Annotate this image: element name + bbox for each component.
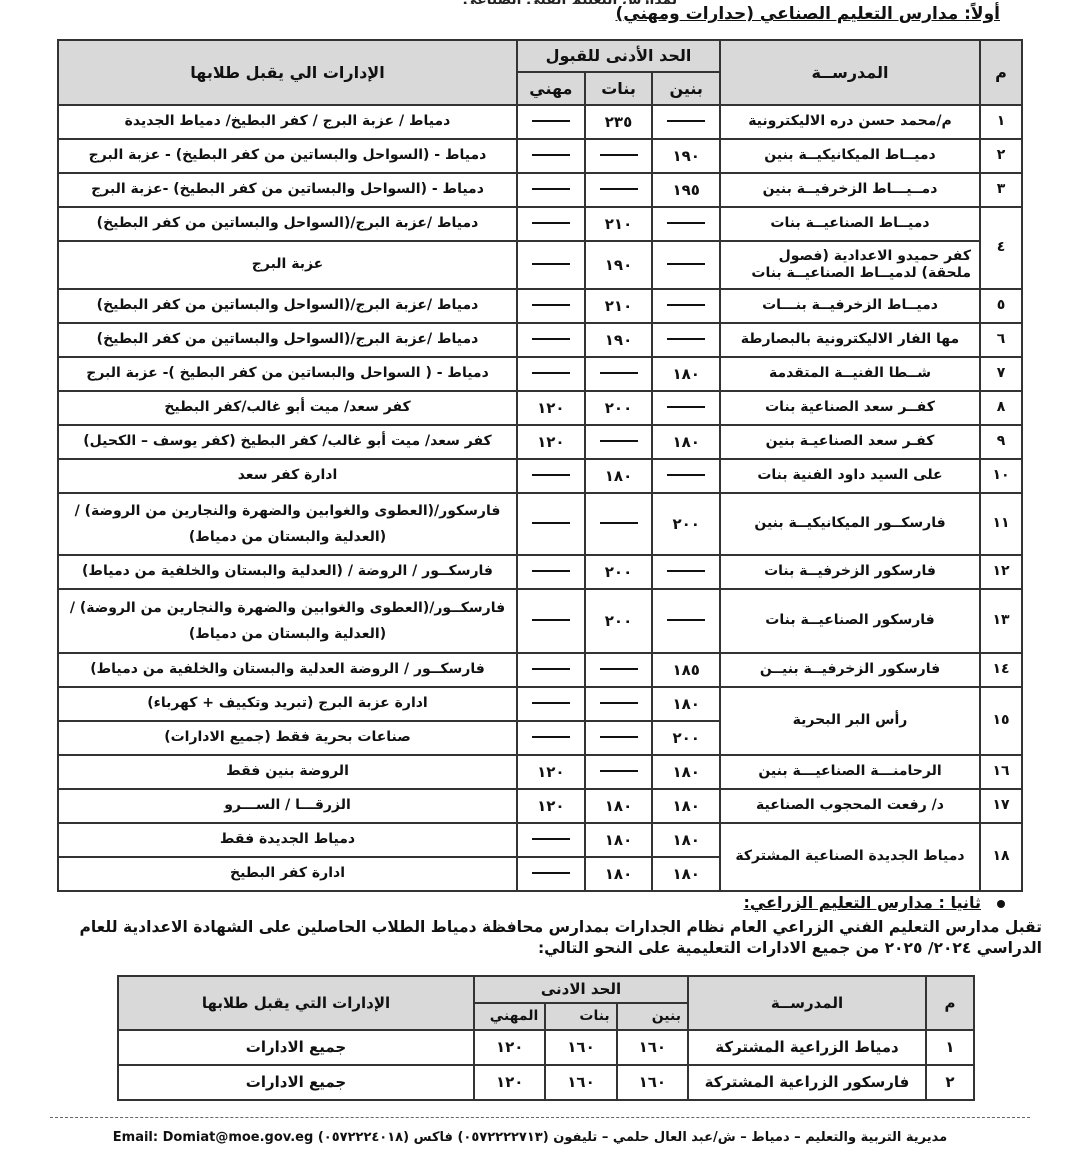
vocational-score xyxy=(517,653,585,687)
col-header-vocational: المهني xyxy=(474,1003,545,1030)
empty-dash xyxy=(532,522,570,524)
empty-dash xyxy=(532,304,570,306)
school-name: م/محمد حسن دره الاليكترونية xyxy=(720,105,980,139)
vocational-score xyxy=(517,555,585,589)
districts: فارسكــور / الروضة / (العدلية والبستان و… xyxy=(58,555,517,589)
girls-score xyxy=(585,173,653,207)
row-index: ١ xyxy=(926,1030,974,1065)
col-header-school: المدرســة xyxy=(720,40,980,105)
row-index: ١٢ xyxy=(980,555,1022,589)
school-name: على السيد داود الفنية بنات xyxy=(720,459,980,493)
col-header-school: المدرســة xyxy=(688,976,926,1030)
girls-score xyxy=(585,139,653,173)
table-row: ٧ شــطا الفنيــة المتقدمة ١٨٠ دمياط - ( … xyxy=(58,357,1022,391)
boys-score: ١٨٠ xyxy=(652,755,720,789)
table-row: ١٤ فارسكور الزخرفيــة بنيــن ١٨٥ فارسكــ… xyxy=(58,653,1022,687)
section-2-title: ثانيا : مدارس التعليم الزراعي: xyxy=(744,893,981,912)
vocational-score: ١٢٠ xyxy=(517,425,585,459)
districts: دمياط /عزبة البرج/(السواحل والبساتين من … xyxy=(58,289,517,323)
empty-dash xyxy=(600,440,638,442)
table-row: ٣ دمــيـــاط الزخرفيــة بنين ١٩٥ دمياط -… xyxy=(58,173,1022,207)
col-header-vocational: مهني xyxy=(517,72,585,105)
girls-score: ١٨٠ xyxy=(585,789,653,823)
empty-dash xyxy=(532,872,570,874)
col-header-districts: الإدارات التي يقبل طلابها xyxy=(118,976,474,1030)
girls-score xyxy=(585,357,653,391)
empty-dash xyxy=(600,736,638,738)
school-name: دميــاط الصناعيــة بنات xyxy=(720,207,980,241)
empty-dash xyxy=(667,474,705,476)
vocational-score xyxy=(517,589,585,653)
girls-score: ١٦٠ xyxy=(545,1065,616,1100)
vocational-score xyxy=(517,323,585,357)
empty-dash xyxy=(600,154,638,156)
boys-score: ٢٠٠ xyxy=(652,493,720,555)
empty-dash xyxy=(532,372,570,374)
boys-score: ١٨٠ xyxy=(652,857,720,891)
col-header-districts: الإدارات الي يقبل طلابها xyxy=(58,40,517,105)
table-row: كفر حميدو الاعدادية (فصول ملحقة) لدميــا… xyxy=(58,241,1022,289)
table-row: ١٥ رأس البر البحرية ١٨٠ ادارة عزبة البرج… xyxy=(58,687,1022,721)
boys-score xyxy=(652,555,720,589)
table-row: ٥ دميــاط الزخرفيــة بنـــات ٢١٠ دمياط /… xyxy=(58,289,1022,323)
bullet-icon xyxy=(997,900,1005,908)
school-name: رأس البر البحرية xyxy=(720,687,980,755)
empty-dash xyxy=(667,619,705,621)
school-name: كفــر سعد الصناعية بنات xyxy=(720,391,980,425)
school-name: فارسكور الزخرفيــة بنيــن xyxy=(720,653,980,687)
empty-dash xyxy=(532,570,570,572)
empty-dash xyxy=(600,522,638,524)
table-row: ٤ دميــاط الصناعيــة بنات ٢١٠ دمياط /عزب… xyxy=(58,207,1022,241)
empty-dash xyxy=(532,702,570,704)
table-row: ٩ كفـر سعد الصناعيـة بنين ١٨٠ ١٢٠ كفر سع… xyxy=(58,425,1022,459)
girls-score xyxy=(585,755,653,789)
boys-score xyxy=(652,391,720,425)
school-name: د/ رفعت المحجوب الصناعية xyxy=(720,789,980,823)
row-index: ٩ xyxy=(980,425,1022,459)
empty-dash xyxy=(667,304,705,306)
table-row: ١١ فارسكــور الميكانيكيــة بنين ٢٠٠ فارس… xyxy=(58,493,1022,555)
boys-score: ١٨٠ xyxy=(652,425,720,459)
empty-dash xyxy=(532,338,570,340)
empty-dash xyxy=(600,188,638,190)
empty-dash xyxy=(600,372,638,374)
col-header-index: م xyxy=(926,976,974,1030)
agricultural-schools-table: م المدرســة الحد الادنى الإدارات التي يق… xyxy=(117,975,975,1101)
girls-score xyxy=(585,687,653,721)
girls-score: ١٦٠ xyxy=(545,1030,616,1065)
col-header-girls: بنات xyxy=(585,72,653,105)
vocational-score xyxy=(517,687,585,721)
school-name: مها الفار الاليكترونية بالبصارطة xyxy=(720,323,980,357)
empty-dash xyxy=(532,668,570,670)
table-row: ١٠ على السيد داود الفنية بنات ١٨٠ ادارة … xyxy=(58,459,1022,493)
table-row: ١ م/محمد حسن دره الاليكترونية ٢٣٥ دمياط … xyxy=(58,105,1022,139)
vocational-score xyxy=(517,241,585,289)
vocational-score xyxy=(517,207,585,241)
vocational-score: ١٢٠ xyxy=(517,789,585,823)
districts: جميع الادارات xyxy=(118,1065,474,1100)
table-row: ١ دمياط الزراعية المشتركة ١٦٠ ١٦٠ ١٢٠ جم… xyxy=(118,1030,974,1065)
footer-divider xyxy=(50,1117,1030,1118)
row-index: ٨ xyxy=(980,391,1022,425)
row-index: ١٣ xyxy=(980,589,1022,653)
boys-score: ١٨٠ xyxy=(652,823,720,857)
school-name: فارسكور الزراعية المشتركة xyxy=(688,1065,926,1100)
boys-score xyxy=(652,459,720,493)
table-row: ٢ فارسكور الزراعية المشتركة ١٦٠ ١٦٠ ١٢٠ … xyxy=(118,1065,974,1100)
row-index: ١١ xyxy=(980,493,1022,555)
school-name: دميــاط الميكانيكيــة بنين xyxy=(720,139,980,173)
girls-score: ٢١٠ xyxy=(585,207,653,241)
school-name: فارسكور الزخرفيــة بنات xyxy=(720,555,980,589)
school-name: دمــيـــاط الزخرفيــة بنين xyxy=(720,173,980,207)
districts: دمياط /عزبة البرج/(السواحل والبساتين من … xyxy=(58,207,517,241)
empty-dash xyxy=(532,736,570,738)
girls-score: ١٨٠ xyxy=(585,459,653,493)
girls-score: ١٩٠ xyxy=(585,323,653,357)
boys-score xyxy=(652,589,720,653)
empty-dash xyxy=(532,838,570,840)
districts: كفر سعد/ ميت أبو غالب/كفر البطيخ xyxy=(58,391,517,425)
school-name: الرحامنـــة الصناعيـــة بنين xyxy=(720,755,980,789)
boys-score xyxy=(652,289,720,323)
vocational-score xyxy=(517,823,585,857)
boys-score: ١٨٠ xyxy=(652,687,720,721)
boys-score xyxy=(652,105,720,139)
row-index: ١٥ xyxy=(980,687,1022,755)
districts: الزرقـــا / الســـرو xyxy=(58,789,517,823)
districts: دمياط - (السواحل والبساتين من كفر البطيخ… xyxy=(58,139,517,173)
girls-score xyxy=(585,653,653,687)
girls-score xyxy=(585,425,653,459)
districts: ادارة كفر البطيخ xyxy=(58,857,517,891)
row-index: ٦ xyxy=(980,323,1022,357)
girls-score: ٢٠٠ xyxy=(585,391,653,425)
districts: فارسكور/(العطوى والغوابين والضهرة والنجا… xyxy=(58,493,517,555)
section-1-title: أولاً: مدارس التعليم الصناعي (حدارات ومه… xyxy=(615,4,1000,24)
districts: عزبة البرج xyxy=(58,241,517,289)
table-row: ٨ كفــر سعد الصناعية بنات ٢٠٠ ١٢٠ كفر سع… xyxy=(58,391,1022,425)
vocational-score: ١٢٠ xyxy=(474,1065,545,1100)
row-index: ١٠ xyxy=(980,459,1022,493)
vocational-score xyxy=(517,357,585,391)
empty-dash xyxy=(667,222,705,224)
col-header-min-score: الحد الأدنى للقبول xyxy=(517,40,720,72)
empty-dash xyxy=(667,263,705,265)
boys-score: ١٨٠ xyxy=(652,789,720,823)
col-header-boys: بنين xyxy=(617,1003,688,1030)
districts: جميع الادارات xyxy=(118,1030,474,1065)
districts: دمياط / عزبة البرج / كفر البطيخ/ دمياط ا… xyxy=(58,105,517,139)
empty-dash xyxy=(532,263,570,265)
school-name: شــطا الفنيــة المتقدمة xyxy=(720,357,980,391)
boys-score: ١٦٠ xyxy=(617,1030,688,1065)
section-2-heading: ثانيا : مدارس التعليم الزراعي: xyxy=(744,893,1005,912)
girls-score: ٢١٠ xyxy=(585,289,653,323)
row-index: ١٧ xyxy=(980,789,1022,823)
row-index: ١٨ xyxy=(980,823,1022,891)
empty-dash xyxy=(532,474,570,476)
empty-dash xyxy=(600,702,638,704)
row-index: ١٦ xyxy=(980,755,1022,789)
boys-score: ١٩٥ xyxy=(652,173,720,207)
boys-score: ١٩٠ xyxy=(652,139,720,173)
row-index: ١٤ xyxy=(980,653,1022,687)
vocational-score xyxy=(517,493,585,555)
vocational-score xyxy=(517,857,585,891)
school-name: فارسكــور الميكانيكيــة بنين xyxy=(720,493,980,555)
empty-dash xyxy=(532,222,570,224)
section-2-paragraph: تقبل مدارس التعليم الفني الزراعي العام ن… xyxy=(32,917,1042,959)
empty-dash xyxy=(600,668,638,670)
table-row: ١٣ فارسكور الصناعيــة بنات ٢٠٠ فارسكــور… xyxy=(58,589,1022,653)
col-header-girls: بنات xyxy=(545,1003,616,1030)
footer-email: Email: Domiat@moe.gov.eg xyxy=(113,1130,314,1145)
col-header-index: م xyxy=(980,40,1022,105)
footer-address: مديرية التربية والتعليم – دمياط – ش/عبد … xyxy=(318,1130,947,1145)
districts: فارسكــور / الروضة العدلية والبستان والخ… xyxy=(58,653,517,687)
girls-score: ١٨٠ xyxy=(585,857,653,891)
table-row: ٢ دميــاط الميكانيكيــة بنين ١٩٠ دمياط -… xyxy=(58,139,1022,173)
districts: فارسكــور/(العطوى والغوابين والضهرة والن… xyxy=(58,589,517,653)
school-name: فارسكور الصناعيــة بنات xyxy=(720,589,980,653)
row-index: ٢ xyxy=(980,139,1022,173)
districts: ادارة كفر سعد xyxy=(58,459,517,493)
empty-dash xyxy=(532,120,570,122)
footer: مديرية التربية والتعليم – دمياط – ش/عبد … xyxy=(100,1130,960,1145)
table-row: ١٨ دمياط الجديدة الصناعية المشتركة ١٨٠ ١… xyxy=(58,823,1022,857)
industrial-schools-table: م المدرســة الحد الأدنى للقبول الإدارات … xyxy=(57,39,1023,892)
districts: دمياط الجديدة فقط xyxy=(58,823,517,857)
vocational-score: ١٢٠ xyxy=(517,755,585,789)
boys-score: ١٦٠ xyxy=(617,1065,688,1100)
girls-score: ١٩٠ xyxy=(585,241,653,289)
girls-score: ١٨٠ xyxy=(585,823,653,857)
districts: دمياط - ( السواحل والبساتين من كفر البطي… xyxy=(58,357,517,391)
table-row: ١٢ فارسكور الزخرفيــة بنات ٢٠٠ فارسكــور… xyxy=(58,555,1022,589)
row-index: ٢ xyxy=(926,1065,974,1100)
girls-score xyxy=(585,721,653,755)
school-name: دمياط الجديدة الصناعية المشتركة xyxy=(720,823,980,891)
row-index: ٣ xyxy=(980,173,1022,207)
boys-score xyxy=(652,207,720,241)
empty-dash xyxy=(532,154,570,156)
vocational-score xyxy=(517,173,585,207)
empty-dash xyxy=(667,120,705,122)
row-index: ٧ xyxy=(980,357,1022,391)
table-row: ١٦ الرحامنـــة الصناعيـــة بنين ١٨٠ ١٢٠ … xyxy=(58,755,1022,789)
empty-dash xyxy=(532,188,570,190)
col-header-boys: بنين xyxy=(652,72,720,105)
table-row: ٦ مها الفار الاليكترونية بالبصارطة ١٩٠ د… xyxy=(58,323,1022,357)
empty-dash xyxy=(667,406,705,408)
empty-dash xyxy=(667,570,705,572)
school-name: كفـر سعد الصناعيـة بنين xyxy=(720,425,980,459)
school-name: دميــاط الزخرفيــة بنـــات xyxy=(720,289,980,323)
vocational-score xyxy=(517,105,585,139)
boys-score xyxy=(652,241,720,289)
empty-dash xyxy=(667,338,705,340)
empty-dash xyxy=(532,619,570,621)
vocational-score xyxy=(517,721,585,755)
vocational-score: ١٢٠ xyxy=(517,391,585,425)
vocational-score xyxy=(517,139,585,173)
col-header-min-score: الحد الادنى xyxy=(474,976,688,1003)
districts: ادارة عزبة البرج (تبريد وتكييف + كهرباء) xyxy=(58,687,517,721)
row-index: ٥ xyxy=(980,289,1022,323)
boys-score: ٢٠٠ xyxy=(652,721,720,755)
districts: صناعات بحرية فقط (جميع الادارات) xyxy=(58,721,517,755)
row-index: ٤ xyxy=(980,207,1022,289)
vocational-score xyxy=(517,289,585,323)
districts: كفر سعد/ ميت أبو غالب/ كفر البطيخ (كفر ي… xyxy=(58,425,517,459)
boys-score xyxy=(652,323,720,357)
empty-dash xyxy=(600,770,638,772)
row-index: ١ xyxy=(980,105,1022,139)
districts: دمياط /عزبة البرج/(السواحل والبساتين من … xyxy=(58,323,517,357)
girls-score: ٢٣٥ xyxy=(585,105,653,139)
girls-score: ٢٠٠ xyxy=(585,589,653,653)
districts: دمياط - (السواحل والبساتين من كفر البطيخ… xyxy=(58,173,517,207)
girls-score xyxy=(585,493,653,555)
girls-score: ٢٠٠ xyxy=(585,555,653,589)
school-name: دمياط الزراعية المشتركة xyxy=(688,1030,926,1065)
districts: الروضة بنين فقط xyxy=(58,755,517,789)
vocational-score xyxy=(517,459,585,493)
table-row: ١٧ د/ رفعت المحجوب الصناعية ١٨٠ ١٨٠ ١٢٠ … xyxy=(58,789,1022,823)
boys-score: ١٨٥ xyxy=(652,653,720,687)
school-name: كفر حميدو الاعدادية (فصول ملحقة) لدميــا… xyxy=(720,241,980,289)
boys-score: ١٨٠ xyxy=(652,357,720,391)
vocational-score: ١٢٠ xyxy=(474,1030,545,1065)
